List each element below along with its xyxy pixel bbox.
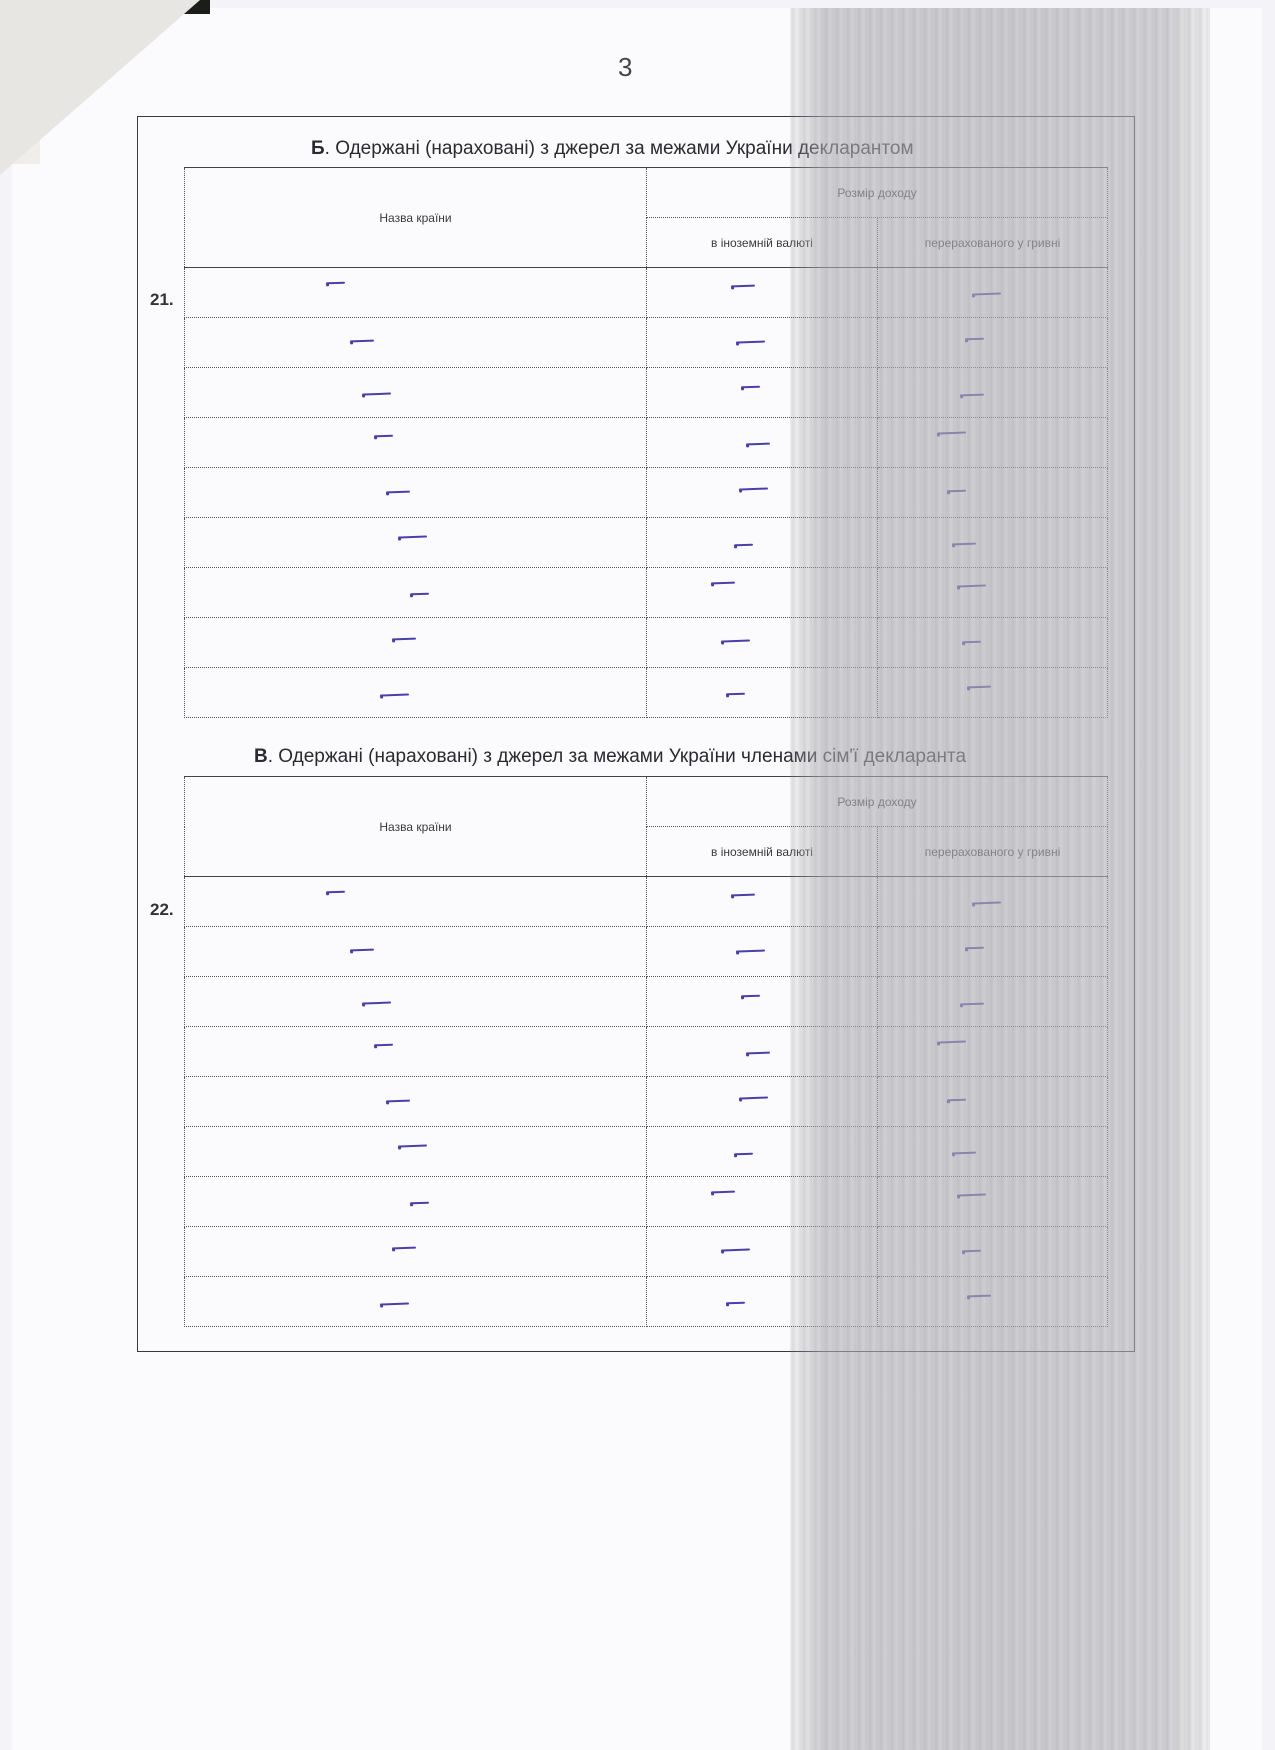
handwritten-dash [399,1145,427,1148]
handwritten-dash [363,1001,391,1004]
cell-foreign-currency[interactable] [647,1227,878,1277]
handwritten-dash [393,1247,416,1250]
cell-foreign-currency[interactable] [647,518,878,568]
handwritten-dash [960,1003,983,1006]
handwritten-dash [938,1040,966,1043]
cell-country[interactable] [185,1227,647,1277]
cell-foreign-currency[interactable] [647,268,878,318]
table-row [185,568,1108,618]
cell-foreign-currency[interactable] [647,618,878,668]
cell-foreign-currency[interactable] [647,318,878,368]
cell-uah[interactable] [878,877,1108,927]
handwritten-dash [965,947,983,950]
handwritten-dash [742,386,760,389]
table-row [185,927,1108,977]
cell-uah[interactable] [878,668,1108,718]
table-body [185,268,1108,718]
handwritten-dash [737,341,765,344]
handwritten-dash [958,584,986,587]
cell-country[interactable] [185,977,647,1027]
cell-uah[interactable] [878,418,1108,468]
cell-country[interactable] [185,368,647,418]
handwritten-dash [948,489,966,492]
table-row [185,1177,1108,1227]
table-row [185,1027,1108,1077]
handwritten-dash [712,581,735,584]
handwritten-dash [411,1201,429,1204]
cell-country[interactable] [185,268,647,318]
cell-uah[interactable] [878,1177,1108,1227]
cell-uah[interactable] [878,1077,1108,1127]
table-row [185,468,1108,518]
cell-foreign-currency[interactable] [647,368,878,418]
handwritten-dash [375,1043,393,1046]
header-foreign-currency: в іноземній валюті [647,218,878,268]
cell-foreign-currency[interactable] [647,1027,878,1077]
row-number-21: 21. [150,290,174,310]
cell-country[interactable] [185,518,647,568]
table-row [185,668,1108,718]
handwritten-dash [393,638,416,641]
section-v-title: В. Одержані (нараховані) з джерел за меж… [254,746,966,768]
income-table-family: Назва країни Розмір доходу в іноземній в… [184,776,1108,1327]
cell-foreign-currency[interactable] [647,468,878,518]
row-number-22: 22. [150,900,174,920]
cell-uah[interactable] [878,518,1108,568]
handwritten-dash [938,431,966,434]
cell-uah[interactable] [878,927,1108,977]
handwritten-dash [351,339,374,342]
cell-uah[interactable] [878,318,1108,368]
table-row [185,1277,1108,1327]
table-row [185,1127,1108,1177]
handwritten-dash [734,1153,752,1156]
handwritten-dash [973,901,1001,904]
handwritten-dash [727,1301,745,1304]
cell-foreign-currency[interactable] [647,668,878,718]
handwritten-dash [411,592,429,595]
handwritten-dash [399,536,427,539]
cell-country[interactable] [185,877,647,927]
cell-foreign-currency[interactable] [647,418,878,468]
handwritten-dash [968,1295,991,1298]
income-table-declarant: Назва країни Розмір доходу в іноземній в… [184,167,1108,718]
table-row [185,318,1108,368]
handwritten-dash [734,544,752,547]
handwritten-dash [737,950,765,953]
table-body [185,877,1108,1327]
table-row [185,1077,1108,1127]
handwritten-dash [973,292,1001,295]
table-row [185,268,1108,318]
cell-country[interactable] [185,1077,647,1127]
cell-uah[interactable] [878,268,1108,318]
cell-foreign-currency[interactable] [647,1277,878,1327]
cell-uah[interactable] [878,368,1108,418]
table-row [185,1227,1108,1277]
handwritten-dash [739,1097,767,1100]
handwritten-dash [968,686,991,689]
cell-foreign-currency[interactable] [647,927,878,977]
cell-uah[interactable] [878,618,1108,668]
handwritten-dash [963,1250,981,1253]
handwritten-dash [387,1100,410,1103]
table-row [185,977,1108,1027]
section-v-letter: В [254,746,268,767]
cell-country[interactable] [185,1027,647,1077]
cell-foreign-currency[interactable] [647,568,878,618]
handwritten-dash [351,948,374,951]
cell-country[interactable] [185,927,647,977]
handwritten-dash [958,1193,986,1196]
handwritten-dash [327,890,345,893]
cell-country[interactable] [185,418,647,468]
section-b-letter: Б [311,138,325,159]
cell-country[interactable] [185,318,647,368]
table-row [185,877,1108,927]
cell-country[interactable] [185,1127,647,1177]
header-country: Назва країни [185,168,647,268]
handwritten-dash [963,641,981,644]
handwritten-dash [712,1190,735,1193]
table-row [185,368,1108,418]
cell-foreign-currency[interactable] [647,1077,878,1127]
handwritten-dash [965,338,983,341]
cell-country[interactable] [185,1277,647,1327]
cell-uah[interactable] [878,568,1108,618]
cell-uah[interactable] [878,468,1108,518]
header-income-size: Розмір доходу [647,777,1108,827]
handwritten-dash [742,995,760,998]
header-uah: перерахованого у гривні [878,218,1108,268]
handwritten-dash [948,1098,966,1101]
handwritten-dash [732,284,755,287]
cell-foreign-currency[interactable] [647,1177,878,1227]
handwritten-dash [363,392,391,395]
handwritten-dash [732,893,755,896]
header-uah: перерахованого у гривні [878,827,1108,877]
section-v-text: . Одержані (нараховані) з джерел за межа… [268,746,966,767]
table-row [185,418,1108,468]
cell-country[interactable] [185,1177,647,1227]
handwritten-dash [327,281,345,284]
header-country: Назва країни [185,777,647,877]
handwritten-dash [387,491,410,494]
cell-uah[interactable] [878,977,1108,1027]
table-row [185,618,1108,668]
table-row [185,518,1108,568]
section-b-title: Б. Одержані (нараховані) з джерел за меж… [311,138,914,160]
header-income-size: Розмір доходу [647,168,1108,218]
section-b-text: . Одержані (нараховані) з джерел за межа… [325,138,914,159]
header-foreign-currency: в іноземній валюті [647,827,878,877]
handwritten-dash [953,542,976,545]
handwritten-dash [960,394,983,397]
cell-country[interactable] [185,468,647,518]
handwritten-dash [375,434,393,437]
handwritten-dash [747,442,770,445]
page-number: 3 [618,52,632,83]
cell-uah[interactable] [878,1127,1108,1177]
handwritten-dash [747,1051,770,1054]
cell-foreign-currency[interactable] [647,977,878,1027]
handwritten-dash [722,639,750,642]
cell-foreign-currency[interactable] [647,877,878,927]
handwritten-dash [727,692,745,695]
handwritten-dash [381,694,409,697]
handwritten-dash [381,1303,409,1306]
cell-country[interactable] [185,568,647,618]
handwritten-dash [722,1248,750,1251]
cell-country[interactable] [185,668,647,718]
handwritten-dash [953,1151,976,1154]
cell-country[interactable] [185,618,647,668]
cell-uah[interactable] [878,1277,1108,1327]
cell-uah[interactable] [878,1027,1108,1077]
handwritten-dash [739,488,767,491]
cell-uah[interactable] [878,1227,1108,1277]
cell-foreign-currency[interactable] [647,1127,878,1177]
